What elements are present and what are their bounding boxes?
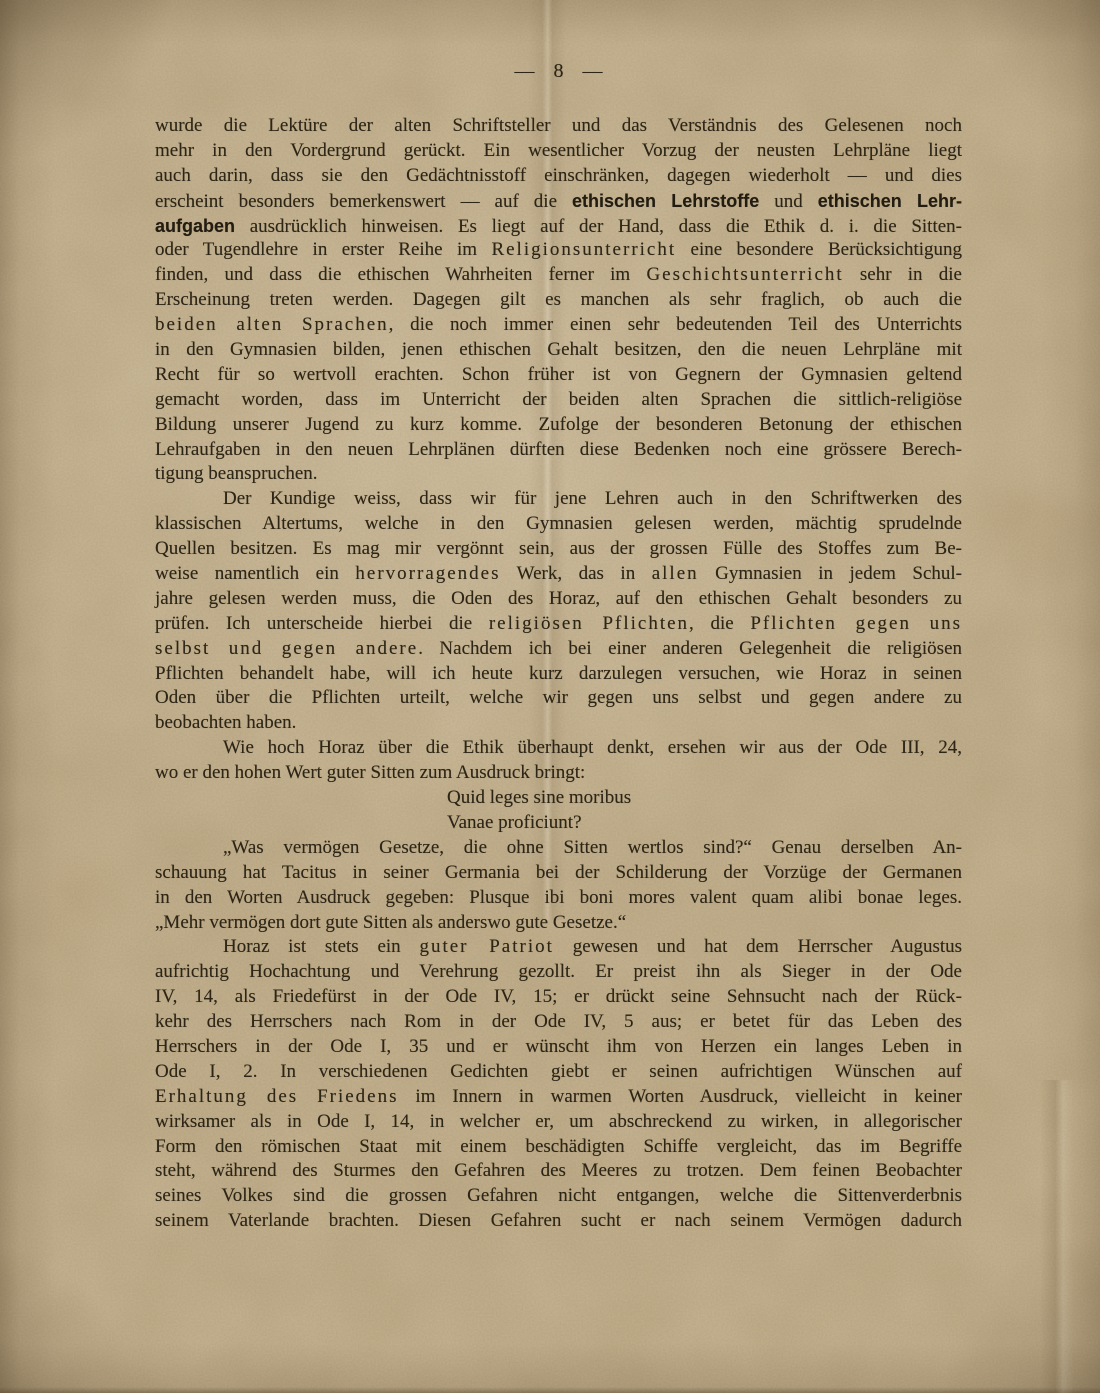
- text-line: Quellen besitzen. Es mag mir vergönnt se…: [155, 537, 962, 562]
- text-line: in den Worten Ausdruck gegeben: Plusque …: [155, 886, 962, 911]
- text-line: Bildung unserer Jugend zu kurz komme. Zu…: [155, 413, 962, 438]
- text-line: finden, und dass die ethischen Wahrheite…: [155, 263, 962, 288]
- body-text: im Innern in warmen Worten Ausdruck, vie…: [399, 1086, 962, 1107]
- body-text: seines Volkes sind die grossen Gefahren …: [155, 1185, 962, 1206]
- text-line: Pflichten behandelt habe, will ich heute…: [155, 662, 962, 687]
- text-line: jahre gelesen werden muss, die Oden des …: [155, 587, 962, 612]
- body-text: ausdrücklich hinweisen. Es liegt auf der…: [235, 216, 962, 237]
- text-line: beobachten haben.: [155, 711, 962, 736]
- body-text: tigung beanspruchen.: [155, 463, 318, 484]
- body-text: Form den römischen Staat mit einem besch…: [155, 1136, 962, 1157]
- letterspaced-emphasis-text: Pflichten gegen uns: [750, 613, 962, 634]
- body-text: mehr in den Vordergrund gerückt. Ein wes…: [155, 140, 962, 161]
- text-line: Der Kundige weiss, dass wir für jene Leh…: [155, 487, 962, 512]
- body-text: aufrichtig Hochachtung und Verehrung gez…: [155, 961, 962, 982]
- body-text: gemacht worden, dass im Unterricht der b…: [155, 389, 962, 410]
- body-text: Herrschers in der Ode I, 35 und er wünsc…: [155, 1036, 962, 1057]
- body-text: weise namentlich ein: [155, 563, 355, 584]
- text-line: Vanae proficiunt?: [155, 811, 962, 836]
- body-text: . Nachdem ich bei einer anderen Gelegenh…: [418, 638, 962, 659]
- letterspaced-emphasis-text: guter Patriot: [419, 936, 553, 957]
- body-text: Wie hoch Horaz über die Ethik überhaupt …: [223, 737, 962, 758]
- letterspaced-emphasis-text: religiösen Pflichten: [489, 613, 689, 634]
- text-line: klassischen Altertums, welche in den Gym…: [155, 512, 962, 537]
- text-line: erscheint besonders bemerkenswert — auf …: [155, 189, 962, 214]
- letterspaced-emphasis-text: selbst und gegen andere: [155, 638, 418, 659]
- body-text: Oden über die Pflichten urteilt, welche …: [155, 687, 962, 708]
- body-text: erscheint besonders bemerkenswert — auf …: [155, 191, 572, 212]
- body-text: oder Tugendlehre in erster Reihe im: [155, 239, 491, 260]
- body-text: Quellen besitzen. Es mag mir vergönnt se…: [155, 538, 962, 559]
- body-text: in den Gymnasien bilden, jenen ethischen…: [155, 339, 962, 360]
- text-line: Erscheinung treten werden. Dagegen gilt …: [155, 288, 962, 313]
- body-text: und: [759, 191, 817, 212]
- body-text: IV, 14, als Friedefürst in der Ode IV, 1…: [155, 986, 962, 1007]
- page-text: wurde die Lektüre der alten Schriftstell…: [155, 114, 962, 1234]
- body-text: Quid leges sine moribus: [447, 787, 631, 808]
- body-text: „Mehr vermögen dort gute Sitten als ande…: [155, 912, 626, 933]
- body-text: Vanae proficiunt?: [447, 812, 582, 833]
- text-line: prüfen. Ich unterscheide hierbei die rel…: [155, 612, 962, 637]
- text-line: wirksamer als in Ode I, 14, in welcher e…: [155, 1110, 962, 1135]
- body-text: in den Worten Ausdruck gegeben: Plusque …: [155, 887, 962, 908]
- text-line: selbst und gegen andere. Nachdem ich bei…: [155, 637, 962, 662]
- letterspaced-emphasis-text: Religionsunterricht: [491, 239, 676, 260]
- bold-emphasis-text: aufgaben: [155, 216, 235, 236]
- text-line: Oden über die Pflichten urteilt, welche …: [155, 686, 962, 711]
- body-text: beobachten haben.: [155, 712, 296, 733]
- text-line: „Was vermögen Gesetze, die ohne Sitten w…: [155, 836, 962, 861]
- scanned-book-page: — 8 — wurde die Lektüre der alten Schrif…: [0, 0, 1100, 1393]
- text-line: Recht für so wertvoll erachten. Schon fr…: [155, 363, 962, 388]
- body-text: Ode I, 2. In verschiedenen Gedichten gie…: [155, 1061, 962, 1082]
- body-text: steht, während des Sturmes den Gefahren …: [155, 1160, 962, 1181]
- body-text: wo er den hohen Wert guter Sitten zum Au…: [155, 762, 585, 783]
- letterspaced-emphasis-text: allen: [652, 563, 699, 584]
- body-text: schauung hat Tacitus in seiner Germania …: [155, 862, 962, 883]
- body-text: sehr in die: [844, 264, 962, 285]
- body-text: Bildung unserer Jugend zu kurz komme. Zu…: [155, 414, 962, 435]
- body-text: , die noch immer einen sehr bedeutenden …: [389, 314, 962, 335]
- text-line: wurde die Lektüre der alten Schriftstell…: [155, 114, 962, 139]
- text-line: seinem Vaterlande brachten. Diesen Gefah…: [155, 1209, 962, 1234]
- page-number-header: — 8 —: [155, 60, 962, 83]
- body-text: , die: [689, 613, 750, 634]
- text-line: Form den römischen Staat mit einem besch…: [155, 1135, 962, 1160]
- text-line: Herrschers in der Ode I, 35 und er wünsc…: [155, 1035, 962, 1060]
- body-text: wirksamer als in Ode I, 14, in welcher e…: [155, 1111, 962, 1132]
- text-line: kehr des Herrschers nach Rom in der Ode …: [155, 1010, 962, 1035]
- text-line: gemacht worden, dass im Unterricht der b…: [155, 388, 962, 413]
- body-text: Lehraufgaben in den neuen Lehrplänen dür…: [155, 439, 962, 460]
- body-text: Werk, das in: [501, 563, 652, 584]
- paper-fold-crease-right: [1040, 1080, 1074, 1393]
- text-line: IV, 14, als Friedefürst in der Ode IV, 1…: [155, 985, 962, 1010]
- text-line: beiden alten Sprachen, die noch immer ei…: [155, 313, 962, 338]
- text-line: Erhaltung des Friedens im Innern in warm…: [155, 1085, 962, 1110]
- text-line: auch darin, dass sie den Gedächtnisstoff…: [155, 164, 962, 189]
- body-text: Recht für so wertvoll erachten. Schon fr…: [155, 364, 962, 385]
- text-line: seines Volkes sind die grossen Gefahren …: [155, 1184, 962, 1209]
- body-text: Horaz ist stets ein: [223, 936, 419, 957]
- bold-emphasis-text: ethischen Lehr-: [818, 191, 962, 211]
- body-text: Gymnasien in jedem Schul-: [699, 563, 962, 584]
- body-text: Pflichten behandelt habe, will ich heute…: [155, 663, 962, 684]
- text-line: Lehraufgaben in den neuen Lehrplänen dür…: [155, 438, 962, 463]
- text-line: Ode I, 2. In verschiedenen Gedichten gie…: [155, 1060, 962, 1085]
- text-line: „Mehr vermögen dort gute Sitten als ande…: [155, 911, 962, 936]
- text-line: tigung beanspruchen.: [155, 462, 962, 487]
- text-line: wo er den hohen Wert guter Sitten zum Au…: [155, 761, 962, 786]
- body-text: „Was vermögen Gesetze, die ohne Sitten w…: [223, 837, 962, 858]
- text-line: weise namentlich ein hervorragendes Werk…: [155, 562, 962, 587]
- body-text: gewesen und hat dem Herrscher Augustus: [554, 936, 962, 957]
- body-text: wurde die Lektüre der alten Schriftstell…: [155, 115, 962, 136]
- body-text: klassischen Altertums, welche in den Gym…: [155, 513, 962, 534]
- text-line: aufgaben ausdrücklich hinweisen. Es lieg…: [155, 214, 962, 239]
- body-text: auch darin, dass sie den Gedächtnisstoff…: [155, 165, 962, 186]
- text-line: steht, während des Sturmes den Gefahren …: [155, 1159, 962, 1184]
- bold-emphasis-text: ethischen Lehrstoffe: [572, 191, 759, 211]
- letterspaced-emphasis-text: Erhaltung des Friedens: [155, 1086, 399, 1107]
- body-text: Erscheinung treten werden. Dagegen gilt …: [155, 289, 962, 310]
- letterspaced-emphasis-text: Geschichtsunterricht: [646, 264, 843, 285]
- text-line: Quid leges sine moribus: [155, 786, 962, 811]
- letterspaced-emphasis-text: beiden alten Sprachen: [155, 314, 389, 335]
- text-line: aufrichtig Hochachtung und Verehrung gez…: [155, 960, 962, 985]
- text-line: in den Gymnasien bilden, jenen ethischen…: [155, 338, 962, 363]
- letterspaced-emphasis-text: hervorragendes: [355, 563, 500, 584]
- body-text: Der Kundige weiss, dass wir für jene Leh…: [223, 488, 962, 509]
- body-text: eine besondere Berücksichtigung: [676, 239, 962, 260]
- text-line: Wie hoch Horaz über die Ethik überhaupt …: [155, 736, 962, 761]
- body-text: jahre gelesen werden muss, die Oden des …: [155, 588, 962, 609]
- text-line: oder Tugendlehre in erster Reihe im Reli…: [155, 238, 962, 263]
- body-text: seinem Vaterlande brachten. Diesen Gefah…: [155, 1210, 962, 1231]
- body-text: prüfen. Ich unterscheide hierbei die: [155, 613, 489, 634]
- text-line: Horaz ist stets ein guter Patriot gewese…: [155, 935, 962, 960]
- body-text: kehr des Herrschers nach Rom in der Ode …: [155, 1011, 962, 1032]
- text-line: mehr in den Vordergrund gerückt. Ein wes…: [155, 139, 962, 164]
- body-text: finden, und dass die ethischen Wahrheite…: [155, 264, 646, 285]
- text-line: schauung hat Tacitus in seiner Germania …: [155, 861, 962, 886]
